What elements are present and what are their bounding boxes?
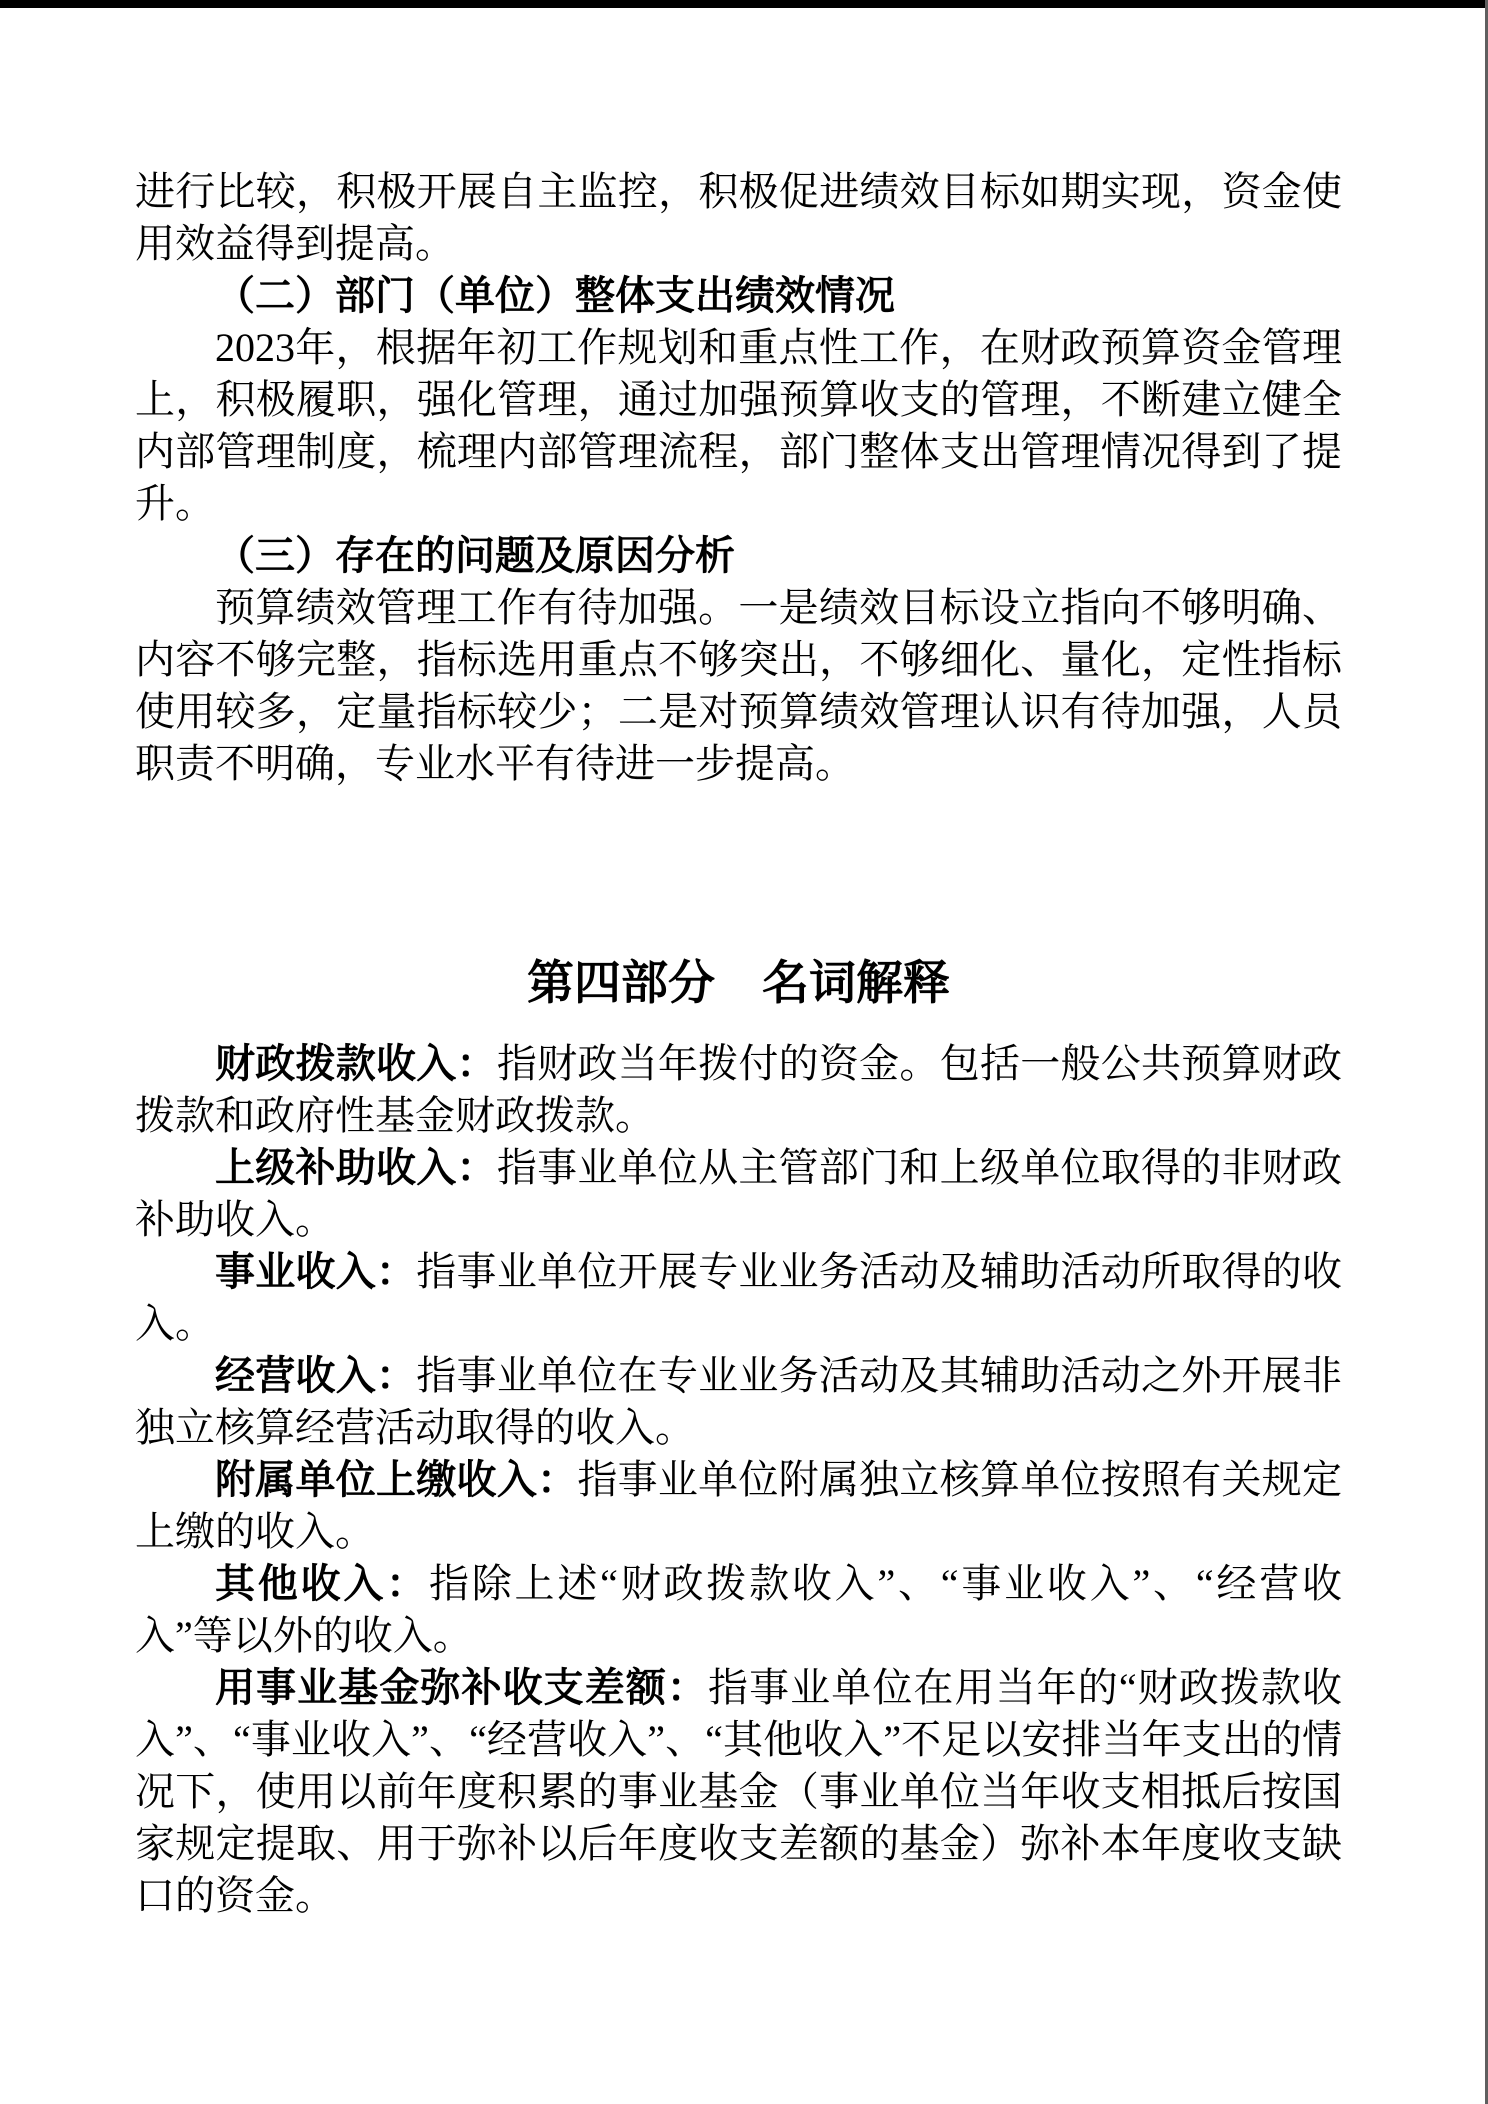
term-paragraph-institutional-income: 事业收入：指事业单位开展专业业务活动及辅助活动所取得的收入。 bbox=[135, 1246, 1342, 1350]
term-name: 上级补助收入： bbox=[215, 1145, 497, 1190]
term-name: 其他收入： bbox=[215, 1561, 429, 1606]
continuation-paragraph: 进行比较，积极开展自主监控，积极促进绩效目标如期实现，资金使用效益得到提高。 bbox=[135, 166, 1342, 270]
document-content: 进行比较，积极开展自主监控，积极促进绩效目标如期实现，资金使用效益得到提高。 （… bbox=[0, 0, 1488, 1922]
document-page: 进行比较，积极开展自主监控，积极促进绩效目标如期实现，资金使用效益得到提高。 （… bbox=[0, 0, 1488, 2104]
term-paragraph-other-income: 其他收入：指除上述“财政拨款收入”、“事业收入”、“经营收入”等以外的收入。 bbox=[135, 1558, 1342, 1662]
term-paragraph-use-of-institutional-fund: 用事业基金弥补收支差额：指事业单位在用当年的“财政拨款收入”、“事业收入”、“经… bbox=[135, 1662, 1342, 1922]
term-paragraph-fiscal-appropriation-income: 财政拨款收入：指财政当年拨付的资金。包括一般公共预算财政拨款和政府性基金财政拨款… bbox=[135, 1038, 1342, 1142]
term-paragraph-affiliated-unit-remittance-income: 附属单位上缴收入：指事业单位附属独立核算单位按照有关规定上缴的收入。 bbox=[135, 1454, 1342, 1558]
term-name: 附属单位上缴收入： bbox=[215, 1457, 577, 1502]
section2-paragraph: 2023年，根据年初工作规划和重点性工作，在财政预算资金管理上，积极履职，强化管… bbox=[135, 322, 1342, 530]
section2-heading: （二）部门（单位）整体支出绩效情况 bbox=[135, 270, 1342, 322]
section3-heading: （三）存在的问题及原因分析 bbox=[135, 530, 1342, 582]
section3-paragraph: 预算绩效管理工作有待加强。一是绩效目标设立指向不够明确、内容不够完整，指标选用重… bbox=[135, 582, 1342, 790]
term-name: 经营收入： bbox=[215, 1353, 416, 1398]
term-paragraph-superior-subsidy-income: 上级补助收入：指事业单位从主管部门和上级单位取得的非财政补助收入。 bbox=[135, 1142, 1342, 1246]
part4-title: 第四部分 名词解释 bbox=[135, 952, 1342, 1016]
term-name: 财政拨款收入： bbox=[215, 1041, 497, 1086]
term-name: 事业收入： bbox=[215, 1249, 416, 1294]
term-paragraph-operating-income: 经营收入：指事业单位在专业业务活动及其辅助活动之外开展非独立核算经营活动取得的收… bbox=[135, 1350, 1342, 1454]
term-name: 用事业基金弥补收支差额： bbox=[215, 1665, 708, 1710]
